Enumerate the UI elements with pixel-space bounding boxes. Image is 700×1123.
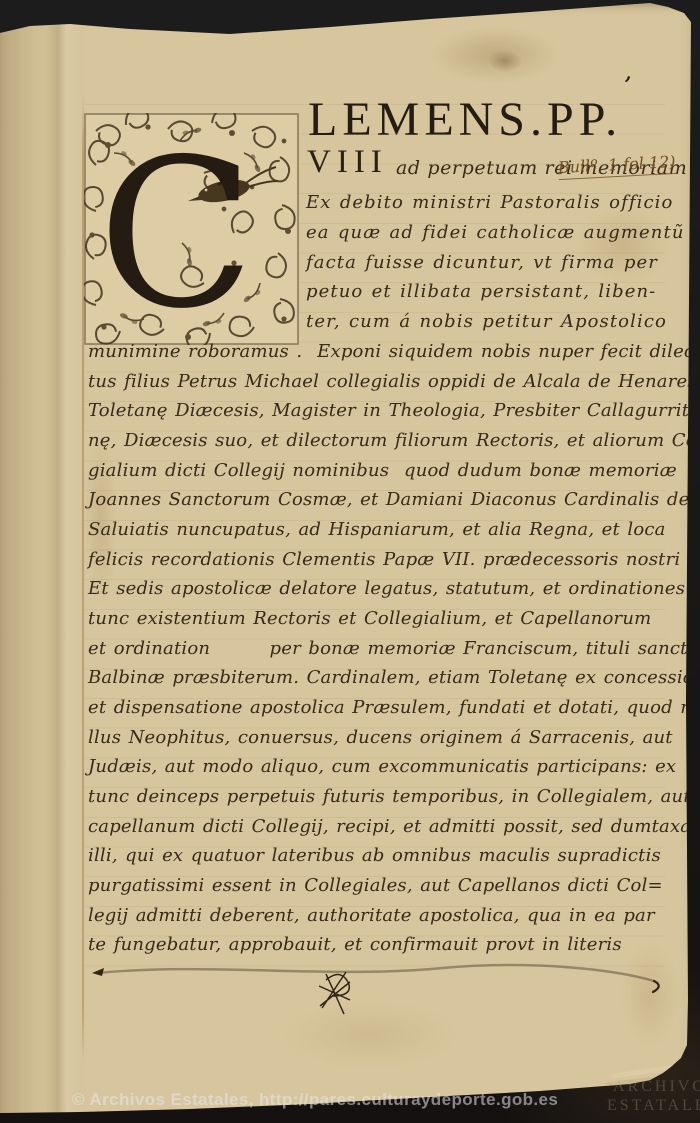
manuscript-line: Joannes Sanctorum Cosmæ, et Damiani Diac… [88,489,690,510]
manuscript-line: Balbinæ præsbiterum. Cardinalem, etiam T… [88,667,700,688]
manuscript-line: llus Neophitus, conuersus, ducens origin… [88,727,673,748]
manuscript-line: Toletanę Diæcesis, Magister in Theologia… [88,400,700,421]
manuscript-line: tus filius Petrus Michael collegialis op… [88,371,697,392]
manuscript-line: Et sedis apostolicæ delatore legatus, st… [88,578,685,599]
parchment-page: C LEMENS.PP. ʼ VIII ad perpetuam rei mem… [0,0,700,1123]
fold-crease [46,0,80,1123]
header-numeral: VIII [307,144,388,181]
initial-letter: C [98,116,255,345]
manuscript-line: gialium dicti Collegij nominibus quod du… [88,460,677,481]
parchment-stain [575,205,671,285]
manuscript-line: facta fuisse dicuntur, vt firma per [306,252,658,273]
archive-stamp-line2: ESTATALES [607,1097,700,1115]
manuscript-line: ea quæ ad fidei catholicæ augmentũ [306,222,685,243]
manuscript-line: et ordination per bonæ memoriæ Franciscu… [88,638,700,659]
manuscript-line: ter, cum á nobis petitur Apostolico [306,311,667,332]
manuscript-line: te fungebatur, approbauit, et confirmaui… [88,934,622,955]
manuscript-line: nę, Diæcesis suo, et dilectorum filiorum… [88,430,700,451]
manuscript-line: illi, qui ex quatuor lateribus ab omnibu… [88,845,661,866]
title-accent-mark: ʼ [618,71,632,102]
notary-knot-icon [319,972,350,1014]
page-background: C LEMENS.PP. ʼ VIII ad perpetuam rei mem… [0,0,700,1123]
manuscript-line: tunc deinceps perpetuis futuris temporib… [88,786,691,807]
archive-stamp-line1: ARCHIVOS [613,1078,700,1096]
manuscript-line: Saluiatis nuncupatus, ad Hispaniarum, et… [88,519,666,540]
manuscript-line: purgatissimi essent in Collegiales, aut … [88,875,663,896]
manuscript-line: Ex debito ministri Pastoralis officio [306,192,673,213]
manuscript-line: munimine roboramus . Exponi siquidem nob… [88,341,700,362]
copyright-watermark: © Archivos Estatales, http://pares.cultu… [72,1090,558,1110]
page-title: LEMENS.PP. [308,92,622,147]
manuscript-line: capellanum dicti Collegij, recipi, et ad… [88,816,699,837]
parchment-stain [488,50,522,72]
manuscript-line: felicis recordationis Clementis Papæ VII… [88,549,680,570]
manuscript-line: tunc existentium Rectoris et Collegialiu… [88,608,651,629]
manuscript-line: petuo et illibata persistant, liben- [306,281,656,302]
manuscript-line: legij admitti deberent, authoritate apos… [88,905,655,926]
closing-flourish-line [88,956,668,1020]
manuscript-line: Judæis, aut modo aliquo, cum excommunica… [88,756,676,777]
illuminated-initial: C [84,113,299,345]
manuscript-line: et dispensatione apostolica Præsulem, fu… [88,697,700,718]
